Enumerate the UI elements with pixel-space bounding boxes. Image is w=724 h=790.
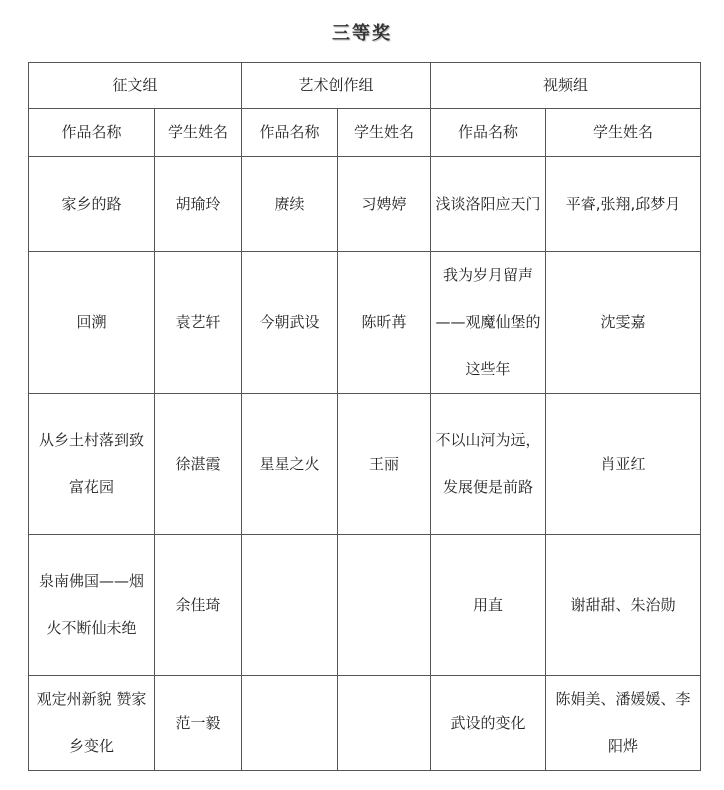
essay-student-cell: 袁艺轩 — [155, 252, 242, 394]
essay-student-cell: 徐湛霞 — [155, 394, 242, 535]
table-row: 回溯 袁艺轩 今朝武设 陈昕苒 我为岁月留声——观魔仙堡的这些年 沈雯嘉 — [29, 252, 701, 394]
table-row: 家乡的路 胡瑜玲 赓续 习娉婷 浅谈洛阳应天门 平睿,张翔,邱梦月 — [29, 157, 701, 252]
art-work-cell: 赓续 — [242, 157, 338, 252]
table-row: 从乡土村落到致富花园 徐湛霞 星星之火 王丽 不以山河为远，发展便是前路 肖亚红 — [29, 394, 701, 535]
art-student-cell: 王丽 — [338, 394, 431, 535]
video-student-cell: 沈雯嘉 — [546, 252, 701, 394]
column-header-student-name: 学生姓名 — [155, 109, 242, 157]
art-work-cell — [242, 676, 338, 771]
video-student-cell: 平睿,张翔,邱梦月 — [546, 157, 701, 252]
group-header-row: 征文组 艺术创作组 视频组 — [29, 63, 701, 109]
art-student-cell: 陈昕苒 — [338, 252, 431, 394]
essay-work-cell: 观定州新貌 赞家乡变化 — [29, 676, 155, 771]
column-header-work-name: 作品名称 — [242, 109, 338, 157]
video-student-cell: 陈娟美、潘媛媛、李阳烨 — [546, 676, 701, 771]
column-header-work-name: 作品名称 — [431, 109, 546, 157]
column-header-row: 作品名称 学生姓名 作品名称 学生姓名 作品名称 学生姓名 — [29, 109, 701, 157]
essay-work-cell: 家乡的路 — [29, 157, 155, 252]
art-work-cell: 星星之火 — [242, 394, 338, 535]
group-art-header: 艺术创作组 — [242, 63, 431, 109]
video-work-cell: 我为岁月留声——观魔仙堡的这些年 — [431, 252, 546, 394]
essay-student-cell: 范一毅 — [155, 676, 242, 771]
essay-student-cell: 余佳琦 — [155, 535, 242, 676]
essay-work-cell: 泉南佛国——烟火不断仙未绝 — [29, 535, 155, 676]
art-student-cell: 习娉婷 — [338, 157, 431, 252]
column-header-work-name: 作品名称 — [29, 109, 155, 157]
video-work-cell: 浅谈洛阳应天门 — [431, 157, 546, 252]
table-row: 泉南佛国——烟火不断仙未绝 余佳琦 用直 谢甜甜、朱治勋 — [29, 535, 701, 676]
group-essay-header: 征文组 — [29, 63, 242, 109]
art-work-cell — [242, 535, 338, 676]
table-row: 观定州新貌 赞家乡变化 范一毅 武设的变化 陈娟美、潘媛媛、李阳烨 — [29, 676, 701, 771]
essay-work-cell: 回溯 — [29, 252, 155, 394]
column-header-student-name: 学生姓名 — [546, 109, 701, 157]
video-work-cell: 用直 — [431, 535, 546, 676]
art-student-cell — [338, 535, 431, 676]
page-title: 三等奖 — [0, 19, 724, 45]
art-student-cell — [338, 676, 431, 771]
video-student-cell: 肖亚红 — [546, 394, 701, 535]
third-prize-table: 征文组 艺术创作组 视频组 作品名称 学生姓名 作品名称 学生姓名 作品名称 学… — [28, 62, 701, 771]
essay-work-cell: 从乡土村落到致富花园 — [29, 394, 155, 535]
video-work-cell: 不以山河为远，发展便是前路 — [431, 394, 546, 535]
video-student-cell: 谢甜甜、朱治勋 — [546, 535, 701, 676]
group-video-header: 视频组 — [431, 63, 701, 109]
essay-student-cell: 胡瑜玲 — [155, 157, 242, 252]
column-header-student-name: 学生姓名 — [338, 109, 431, 157]
video-work-cell: 武设的变化 — [431, 676, 546, 771]
art-work-cell: 今朝武设 — [242, 252, 338, 394]
